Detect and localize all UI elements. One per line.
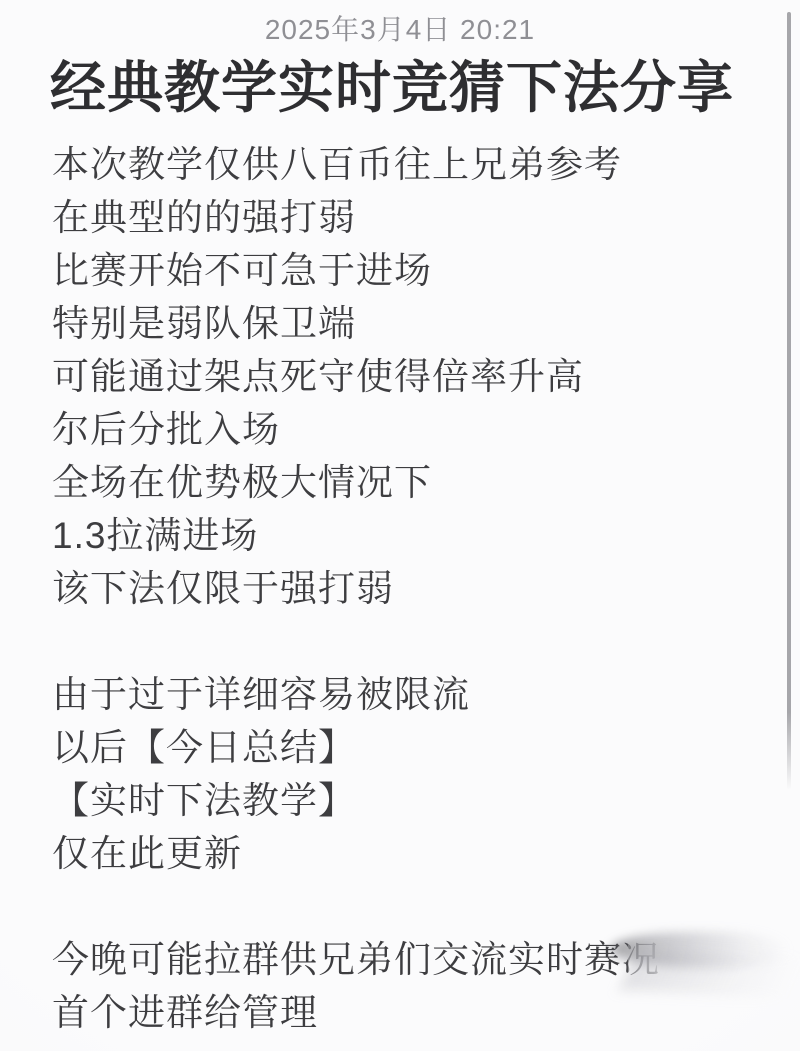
body-line: 首个进群给管理 bbox=[52, 986, 792, 1039]
timestamp: 2025年3月4日 20:21 bbox=[0, 8, 800, 48]
body-line: 今晚可能拉群供兄弟们交流实时赛况 bbox=[52, 933, 792, 986]
post-title: 经典教学实时竞猜下法分享 bbox=[50, 56, 734, 120]
body-line bbox=[52, 880, 792, 933]
body-line: 可能通过架点死守使得倍率升高 bbox=[52, 350, 792, 403]
post-body: 本次教学仅供八百币往上兄弟参考在典型的的强打弱比赛开始不可急于进场特别是弱队保卫… bbox=[52, 138, 792, 1039]
body-line: 【实时下法教学】 bbox=[52, 774, 792, 827]
body-line: 比赛开始不可急于进场 bbox=[52, 244, 792, 297]
body-line: 在典型的的强打弱 bbox=[52, 191, 792, 244]
body-line bbox=[52, 615, 792, 668]
body-line: 尔后分批入场 bbox=[52, 403, 792, 456]
body-line: 该下法仅限于强打弱 bbox=[52, 562, 792, 615]
body-line: 以后【今日总结】 bbox=[52, 721, 792, 774]
body-line: 仅在此更新 bbox=[52, 827, 792, 880]
right-edge-divider bbox=[787, 12, 791, 790]
note-page: 2025年3月4日 20:21 经典教学实时竞猜下法分享 本次教学仅供八百币往上… bbox=[0, 0, 800, 1051]
body-line: 特别是弱队保卫端 bbox=[52, 297, 792, 350]
body-line: 本次教学仅供八百币往上兄弟参考 bbox=[52, 138, 792, 191]
body-line: 全场在优势极大情况下 bbox=[52, 456, 792, 509]
body-line: 由于过于详细容易被限流 bbox=[52, 668, 792, 721]
body-line: 1.3拉满进场 bbox=[52, 509, 792, 562]
